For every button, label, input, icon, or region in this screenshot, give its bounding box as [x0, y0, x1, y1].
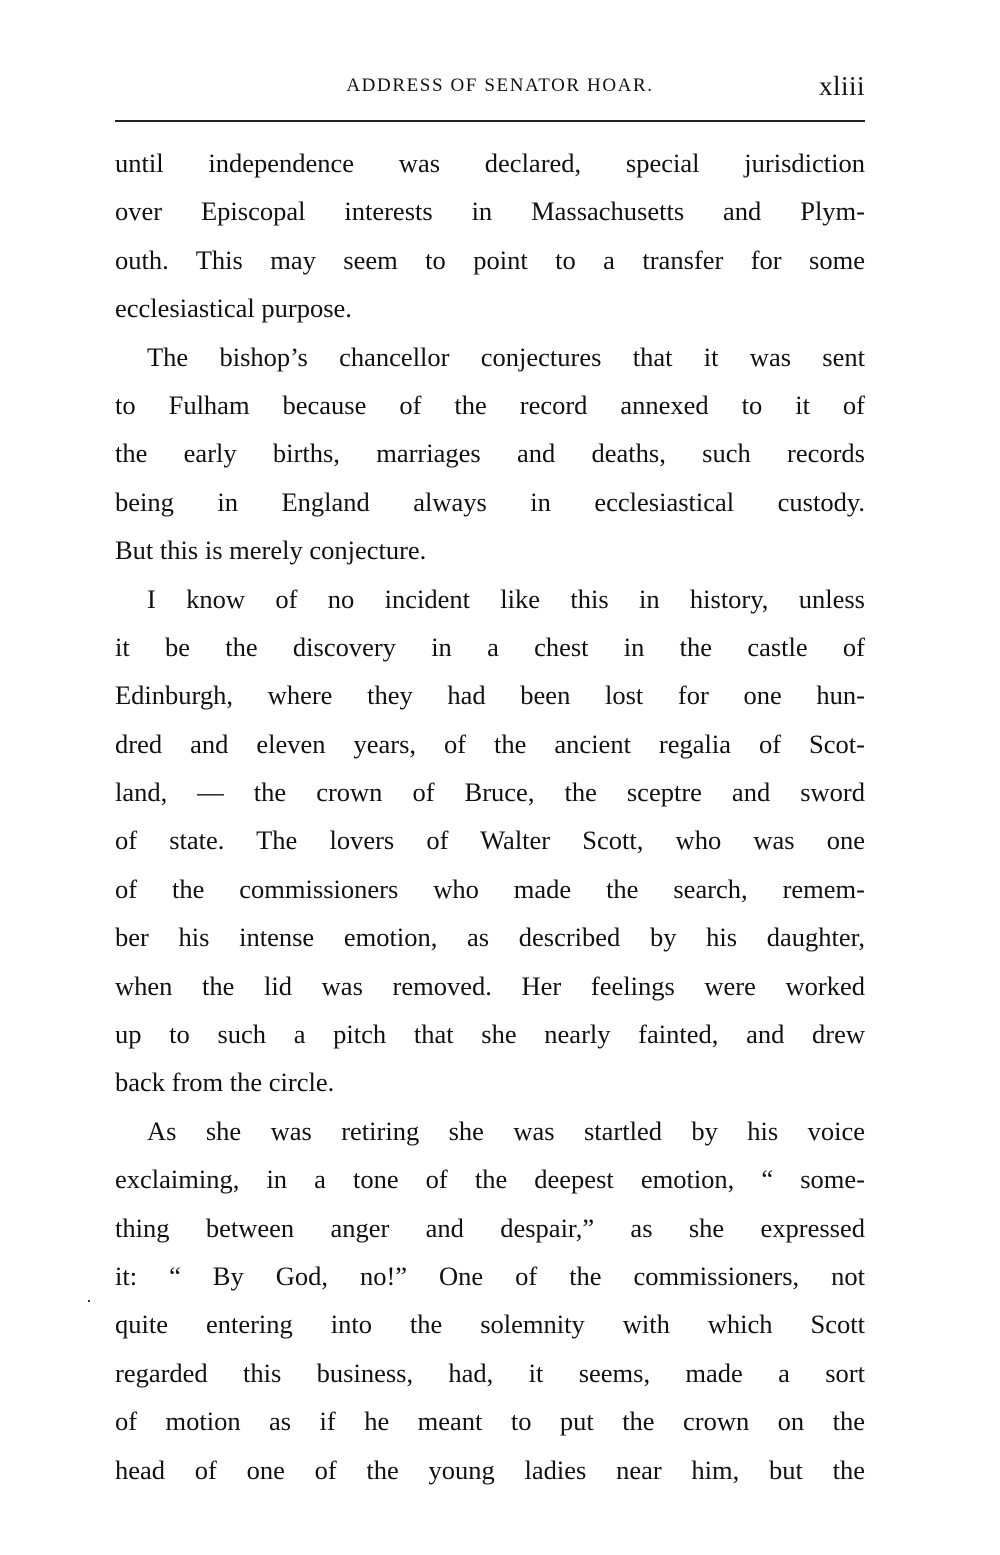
paragraph: until independence was declared, special…	[115, 139, 865, 333]
book-page: ADDRESS OF SENATOR HOAR. xliii until ind…	[0, 0, 1000, 1555]
text-line: of motion as if he meant to put the crow…	[115, 1397, 865, 1445]
text-line: quite entering into the solemnity with w…	[115, 1300, 865, 1348]
text-line: it be the discovery in a chest in the ca…	[115, 623, 865, 671]
text-line: when the lid was removed. Her feelings w…	[115, 962, 865, 1010]
header-rule-divider	[115, 120, 865, 122]
text-line: up to such a pitch that she nearly faint…	[115, 1010, 865, 1058]
text-line: ber his intense emotion, as described by…	[115, 913, 865, 961]
paragraph: The bishop’s chancellor conjectures that…	[115, 333, 865, 575]
text-line: being in England always in ecclesiastica…	[115, 478, 865, 526]
text-line: ecclesiastical purpose.	[115, 284, 865, 332]
text-line: As she was retiring she was startled by …	[115, 1107, 865, 1155]
paragraph: As she was retiring she was startled by …	[115, 1107, 865, 1494]
text-line: over Episcopal interests in Massachusett…	[115, 187, 865, 235]
text-line: I know of no incident like this in histo…	[115, 575, 865, 623]
text-line: The bishop’s chancellor conjectures that…	[115, 333, 865, 381]
text-line: until independence was declared, special…	[115, 139, 865, 187]
text-line: it: “ By God, no!” One of the commission…	[115, 1252, 865, 1300]
body-text: until independence was declared, special…	[115, 139, 865, 1494]
text-line: Edinburgh, where they had been lost for …	[115, 671, 865, 719]
scan-speck-mark	[88, 1300, 90, 1302]
running-head: ADDRESS OF SENATOR HOAR. xliii	[115, 72, 865, 108]
running-head-title: ADDRESS OF SENATOR HOAR.	[115, 72, 865, 100]
text-line: of state. The lovers of Walter Scott, wh…	[115, 816, 865, 864]
text-line: regarded this business, had, it seems, m…	[115, 1349, 865, 1397]
text-line: back from the circle.	[115, 1058, 865, 1106]
page-number: xliii	[819, 72, 865, 100]
text-line: head of one of the young ladies near him…	[115, 1446, 865, 1494]
text-line: the early births, marriages and deaths, …	[115, 429, 865, 477]
text-line: thing between anger and despair,” as she…	[115, 1204, 865, 1252]
text-line: of the commissioners who made the search…	[115, 865, 865, 913]
text-line: But this is merely conjecture.	[115, 526, 865, 574]
text-line: dred and eleven years, of the ancient re…	[115, 720, 865, 768]
text-line: exclaiming, in a tone of the deepest emo…	[115, 1155, 865, 1203]
text-line: to Fulham because of the record annexed …	[115, 381, 865, 429]
paragraph: I know of no incident like this in histo…	[115, 575, 865, 1107]
text-line: land, — the crown of Bruce, the sceptre …	[115, 768, 865, 816]
text-line: outh. This may seem to point to a transf…	[115, 236, 865, 284]
